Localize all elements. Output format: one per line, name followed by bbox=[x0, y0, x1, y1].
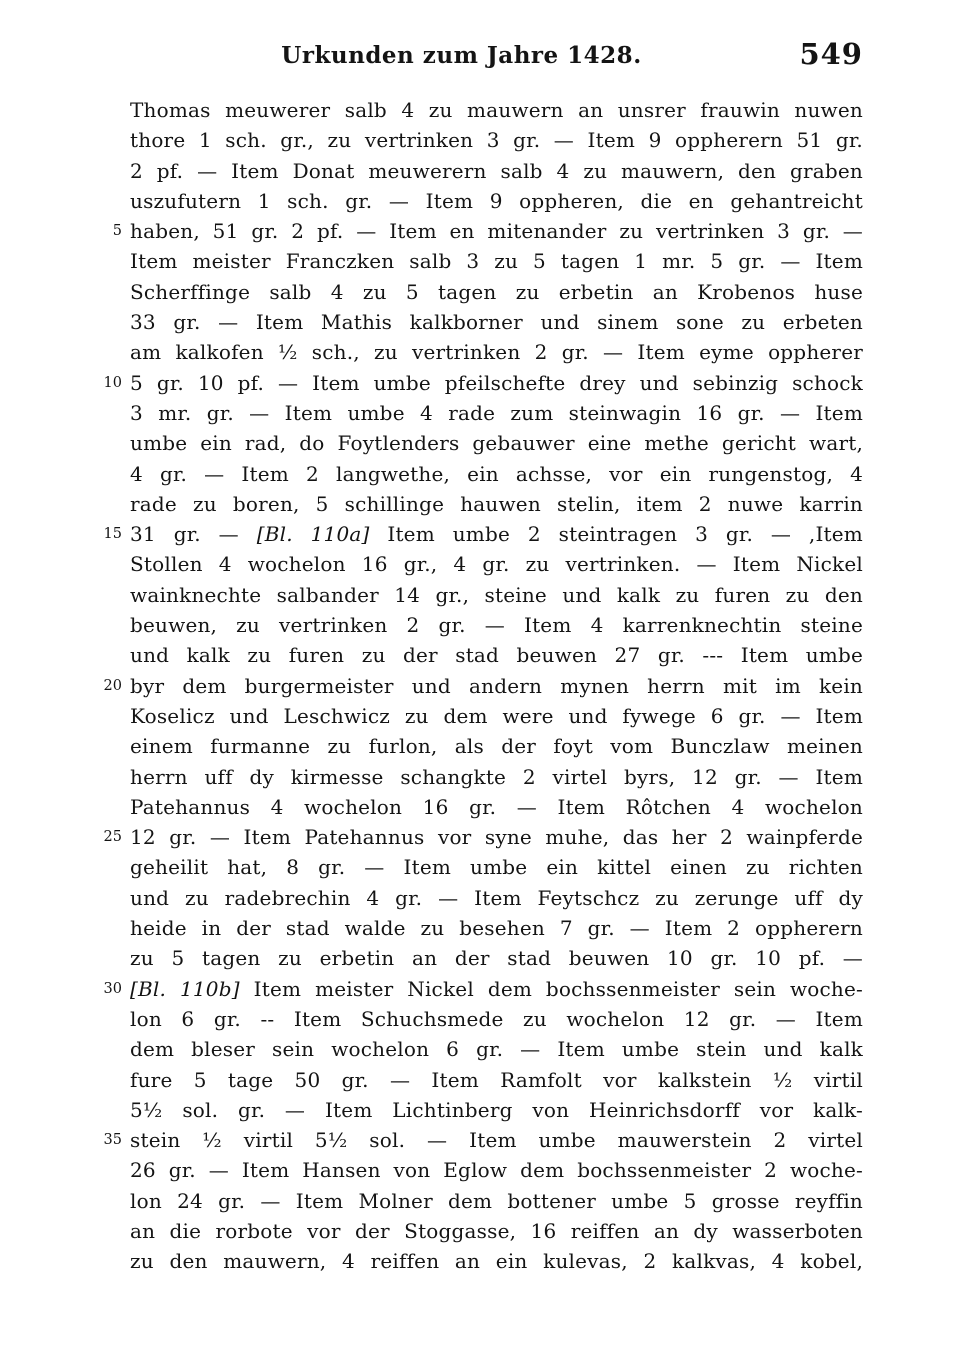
text-segment: Koselicz und Leschwicz zu dem were und f… bbox=[130, 704, 863, 728]
text-segment: Stollen 4 wochelon 16 gr., 4 gr. zu vert… bbox=[130, 552, 863, 576]
text-line: 1531 gr. — [Bl. 110a] Item umbe 2 steint… bbox=[130, 519, 863, 549]
text-line: wainknechte salbander 14 gr., steine und… bbox=[130, 580, 863, 610]
text-segment: Scherffinge salb 4 zu 5 tagen zu erbetin… bbox=[130, 280, 863, 304]
text-segment: umbe ein rad, do Foytlenders gebauwer ei… bbox=[130, 431, 863, 455]
text-segment: zu den mauwern, 4 reiffen an ein kulevas… bbox=[130, 1249, 863, 1273]
margin-line-number: 30 bbox=[96, 974, 122, 1004]
text-body: Thomas meuwerer salb 4 zu mauwern an uns… bbox=[130, 95, 863, 1277]
text-segment: rade zu boren, 5 schillinge hauwen steli… bbox=[130, 492, 863, 516]
text-line: und kalk zu furen zu der stad beuwen 27 … bbox=[130, 640, 863, 670]
text-segment: und kalk zu furen zu der stad beuwen 27 … bbox=[130, 643, 863, 667]
text-segment: heide in der stad walde zu besehen 7 gr.… bbox=[130, 916, 863, 940]
text-segment: einem furmanne zu furlon, als der foyt v… bbox=[130, 734, 863, 758]
running-head-title: Urkunden zum Jahre 1428. bbox=[130, 42, 793, 69]
text-segment: dem bleser sein wochelon 6 gr. — Item um… bbox=[130, 1037, 863, 1061]
text-segment: 5½ sol. gr. — Item Lichtinberg von Heinr… bbox=[130, 1098, 863, 1122]
text-segment: zu 5 tagen zu erbetin an der stad beuwen… bbox=[130, 946, 863, 970]
text-line: 4 gr. — Item 2 langwethe, ein achsse, vo… bbox=[130, 459, 863, 489]
text-segment: herrn uff dy kirmesse schangkte 2 virtel… bbox=[130, 765, 863, 789]
text-line: 105 gr. 10 pf. — Item umbe pfeilschefte … bbox=[130, 368, 863, 398]
text-line: heide in der stad walde zu besehen 7 gr.… bbox=[130, 913, 863, 943]
text-line: lon 6 gr. -- Item Schuchsmede zu wochelo… bbox=[130, 1004, 863, 1034]
text-line: 5½ sol. gr. — Item Lichtinberg von Heinr… bbox=[130, 1095, 863, 1125]
text-segment: 26 gr. — Item Hansen von Eglow dem bochs… bbox=[130, 1158, 863, 1182]
text-line: einem furmanne zu furlon, als der foyt v… bbox=[130, 731, 863, 761]
text-segment: thore 1 sch. gr., zu vertrinken 3 gr. — … bbox=[130, 128, 863, 152]
text-segment: Patehannus 4 wochelon 16 gr. — Item Rôtc… bbox=[130, 795, 863, 819]
text-line: 2512 gr. — Item Patehannus vor syne muhe… bbox=[130, 822, 863, 852]
text-line: zu 5 tagen zu erbetin an der stad beuwen… bbox=[130, 943, 863, 973]
text-segment: Thomas meuwerer salb 4 zu mauwern an uns… bbox=[130, 98, 863, 122]
text-line: lon 24 gr. — Item Molner dem bottener um… bbox=[130, 1186, 863, 1216]
text-segment: 31 gr. — bbox=[130, 522, 257, 546]
folio-reference: [Bl. 110b] bbox=[130, 977, 240, 1001]
text-line: 5haben, 51 gr. 2 pf. — Item en mitenande… bbox=[130, 216, 863, 246]
text-line: Koselicz und Leschwicz zu dem were und f… bbox=[130, 701, 863, 731]
folio-reference: [Bl. 110a] bbox=[257, 522, 370, 546]
text-line: fure 5 tage 50 gr. — Item Ramfolt vor ka… bbox=[130, 1065, 863, 1095]
text-line: uszufutern 1 sch. gr. — Item 9 oppheren,… bbox=[130, 186, 863, 216]
book-page: Urkunden zum Jahre 1428. 549 Thomas meuw… bbox=[0, 0, 960, 1361]
text-line: Thomas meuwerer salb 4 zu mauwern an uns… bbox=[130, 95, 863, 125]
text-line: an die rorbote vor der Stoggasse, 16 rei… bbox=[130, 1216, 863, 1246]
text-line: dem bleser sein wochelon 6 gr. — Item um… bbox=[130, 1034, 863, 1064]
text-line: 35stein ½ virtil 5½ sol. — Item umbe mau… bbox=[130, 1125, 863, 1155]
text-segment: beuwen, zu vertrinken 2 gr. — Item 4 kar… bbox=[130, 613, 863, 637]
text-segment: byr dem burgermeister und andern mynen h… bbox=[130, 674, 863, 698]
text-segment: 5 gr. 10 pf. — Item umbe pfeilschefte dr… bbox=[130, 371, 863, 395]
text-line: und zu radebrechin 4 gr. — Item Feytschc… bbox=[130, 883, 863, 913]
text-line: Item meister Franczken salb 3 zu 5 tagen… bbox=[130, 246, 863, 276]
text-line: Scherffinge salb 4 zu 5 tagen zu erbetin… bbox=[130, 277, 863, 307]
text-line: 2 pf. — Item Donat meuwerern salb 4 zu m… bbox=[130, 156, 863, 186]
text-segment: geheilit hat, 8 gr. — Item umbe ein kitt… bbox=[130, 855, 863, 879]
text-segment: lon 6 gr. -- Item Schuchsmede zu wochelo… bbox=[130, 1007, 863, 1031]
text-line: 3 mr. gr. — Item umbe 4 rade zum steinwa… bbox=[130, 398, 863, 428]
text-segment: lon 24 gr. — Item Molner dem bottener um… bbox=[130, 1189, 863, 1213]
text-segment: 3 mr. gr. — Item umbe 4 rade zum steinwa… bbox=[130, 401, 863, 425]
text-line: beuwen, zu vertrinken 2 gr. — Item 4 kar… bbox=[130, 610, 863, 640]
margin-line-number: 20 bbox=[96, 671, 122, 701]
text-line: geheilit hat, 8 gr. — Item umbe ein kitt… bbox=[130, 852, 863, 882]
text-segment: haben, 51 gr. 2 pf. — Item en mitenander… bbox=[130, 219, 863, 243]
running-head: Urkunden zum Jahre 1428. 549 bbox=[130, 40, 863, 76]
page-number: 549 bbox=[799, 37, 863, 71]
text-segment: 4 gr. — Item 2 langwethe, ein achsse, vo… bbox=[130, 462, 863, 486]
text-line: umbe ein rad, do Foytlenders gebauwer ei… bbox=[130, 428, 863, 458]
text-segment: 12 gr. — Item Patehannus vor syne muhe, … bbox=[130, 825, 863, 849]
text-segment: fure 5 tage 50 gr. — Item Ramfolt vor ka… bbox=[130, 1068, 863, 1092]
text-line: herrn uff dy kirmesse schangkte 2 virtel… bbox=[130, 762, 863, 792]
text-line: 30[Bl. 110b] Item meister Nickel dem boc… bbox=[130, 974, 863, 1004]
text-line: 20byr dem burgermeister und andern mynen… bbox=[130, 671, 863, 701]
text-segment: und zu radebrechin 4 gr. — Item Feytschc… bbox=[130, 886, 863, 910]
margin-line-number: 25 bbox=[96, 822, 122, 852]
text-line: Patehannus 4 wochelon 16 gr. — Item Rôtc… bbox=[130, 792, 863, 822]
text-segment: Item meister Nickel dem bochssenmeister … bbox=[240, 977, 863, 1001]
margin-line-number: 35 bbox=[96, 1125, 122, 1155]
text-segment: uszufutern 1 sch. gr. — Item 9 oppheren,… bbox=[130, 189, 863, 213]
text-line: am kalkofen ½ sch., zu vertrinken 2 gr. … bbox=[130, 337, 863, 367]
text-segment: Item meister Franczken salb 3 zu 5 tagen… bbox=[130, 249, 863, 273]
text-line: 33 gr. — Item Mathis kalkborner und sine… bbox=[130, 307, 863, 337]
text-segment: 2 pf. — Item Donat meuwerern salb 4 zu m… bbox=[130, 159, 863, 183]
text-line: rade zu boren, 5 schillinge hauwen steli… bbox=[130, 489, 863, 519]
text-segment: 33 gr. — Item Mathis kalkborner und sine… bbox=[130, 310, 863, 334]
margin-line-number: 15 bbox=[96, 519, 122, 549]
text-line: Stollen 4 wochelon 16 gr., 4 gr. zu vert… bbox=[130, 549, 863, 579]
text-segment: stein ½ virtil 5½ sol. — Item umbe mauwe… bbox=[130, 1128, 863, 1152]
margin-line-number: 5 bbox=[96, 216, 122, 246]
margin-line-number: 10 bbox=[96, 368, 122, 398]
text-segment: am kalkofen ½ sch., zu vertrinken 2 gr. … bbox=[130, 340, 863, 364]
text-segment: Item umbe 2 steintragen 3 gr. — ,Item bbox=[370, 522, 863, 546]
text-segment: an die rorbote vor der Stoggasse, 16 rei… bbox=[130, 1219, 863, 1243]
text-line: thore 1 sch. gr., zu vertrinken 3 gr. — … bbox=[130, 125, 863, 155]
text-segment: wainknechte salbander 14 gr., steine und… bbox=[130, 583, 863, 607]
text-line: 26 gr. — Item Hansen von Eglow dem bochs… bbox=[130, 1155, 863, 1185]
text-line: zu den mauwern, 4 reiffen an ein kulevas… bbox=[130, 1246, 863, 1276]
